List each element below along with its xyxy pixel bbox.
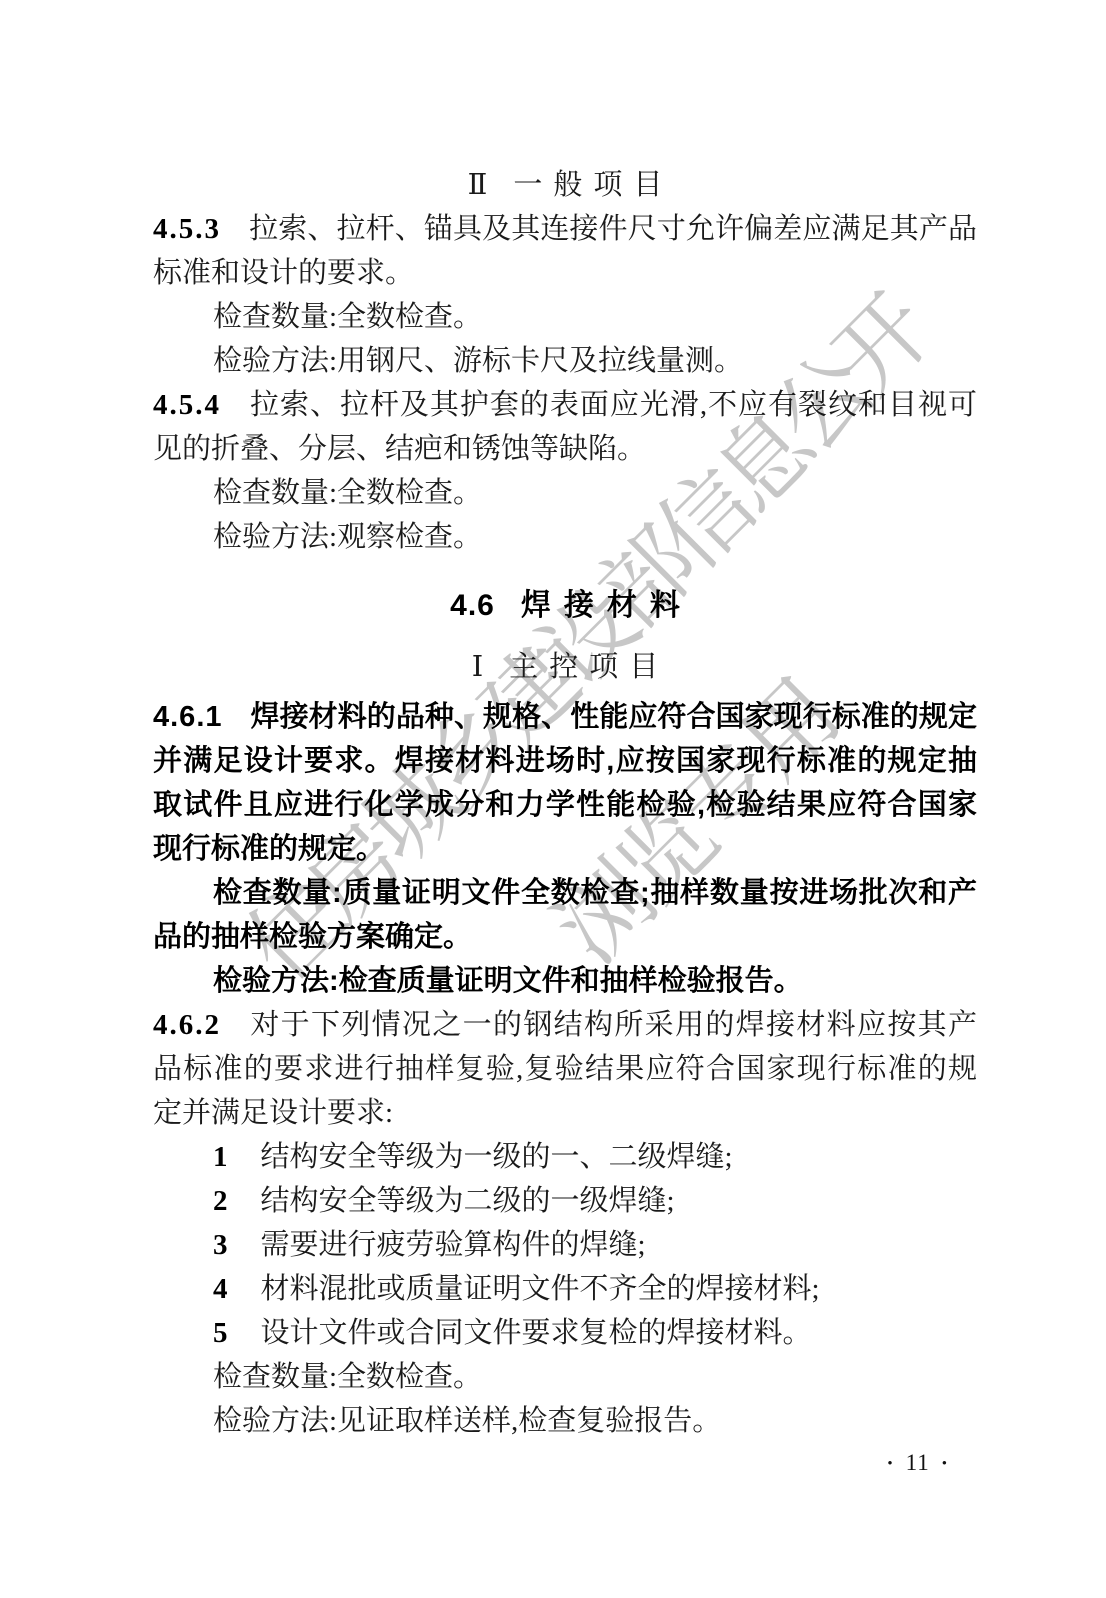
list-item-text: 结构安全等级为一级的一、二级焊缝; <box>261 1141 733 1173</box>
page-number-left-dot: • <box>887 1456 893 1472</box>
clause-4-5-4: 4.5.4拉索、拉杆及其护套的表面应光滑,不应有裂纹和目视可 见的折叠、分层、结… <box>153 383 977 471</box>
clause-number: 4.5.4 <box>153 389 221 421</box>
subsection-title-general-items: 一般项目 <box>513 169 673 201</box>
text-line: 4.5.4拉索、拉杆及其护套的表面应光滑,不应有裂纹和目视可 <box>153 383 977 427</box>
clause-number: 4.6.2 <box>153 1009 221 1041</box>
list-item: 2结构安全等级为二级的一级焊缝; <box>153 1179 977 1223</box>
page-content: Ⅱ一般项目 4.5.3拉索、拉杆、锚具及其连接件尺寸允许偏差应满足其产品 标准和… <box>153 163 977 1443</box>
clause-number: 4.5.3 <box>153 213 221 245</box>
clause-number: 4.6.1 <box>153 701 223 733</box>
clause-4-6-2-list: 1结构安全等级为一级的一、二级焊缝; 2结构安全等级为二级的一级焊缝; 3需要进… <box>153 1135 977 1355</box>
list-item: 5设计文件或合同文件要求复检的焊接材料。 <box>153 1311 977 1355</box>
clause-4-6-1: 4.6.1焊接材料的品种、规格、性能应符合国家现行标准的规定 并满足设计要求。焊… <box>153 695 977 871</box>
clause-4-6-1-check-method: 检验方法:检查质量证明文件和抽样检验报告。 <box>153 959 977 1003</box>
clause-4-5-4-check-method: 检验方法:观察检查。 <box>153 515 977 559</box>
roman-numeral-2: Ⅱ <box>468 169 488 201</box>
text-line: 取试件且应进行化学成分和力学性能检验,检验结果应符合国家 <box>153 783 977 827</box>
text-line: 品的抽样检验方案确定。 <box>153 915 977 959</box>
clause-4-5-3-check-quantity: 检查数量:全数检查。 <box>153 295 977 339</box>
text-line: 4.5.3拉索、拉杆、锚具及其连接件尺寸允许偏差应满足其产品 <box>153 207 977 251</box>
subsection-heading-general-items: Ⅱ一般项目 <box>153 163 977 207</box>
list-item-number: 1 <box>213 1141 228 1173</box>
section-title-welding-materials: 焊接材料 <box>521 589 693 622</box>
list-item: 3需要进行疲劳验算构件的焊缝; <box>153 1223 977 1267</box>
list-item: 1结构安全等级为一级的一、二级焊缝; <box>153 1135 977 1179</box>
page-number: •11• <box>887 1450 948 1476</box>
list-item-number: 4 <box>213 1273 228 1305</box>
text-line: 标准和设计的要求。 <box>153 251 977 295</box>
page-number-value: 11 <box>906 1450 930 1475</box>
list-item-text: 需要进行疲劳验算构件的焊缝; <box>261 1229 646 1261</box>
section-heading-4-6: 4.6焊接材料 <box>153 584 977 628</box>
list-item-number: 2 <box>213 1185 228 1217</box>
list-item: 4材料混批或质量证明文件不齐全的焊接材料; <box>153 1267 977 1311</box>
clause-4-6-2-check-method: 检验方法:见证取样送样,检查复验报告。 <box>153 1399 977 1443</box>
list-item-number: 5 <box>213 1317 228 1349</box>
text-line: 4.6.2对于下列情况之一的钢结构所采用的焊接材料应按其产 <box>153 1003 977 1047</box>
text-line: 4.6.1焊接材料的品种、规格、性能应符合国家现行标准的规定 <box>153 695 977 739</box>
list-item-text: 材料混批或质量证明文件不齐全的焊接材料; <box>261 1273 820 1305</box>
list-item-text: 设计文件或合同文件要求复检的焊接材料。 <box>261 1317 812 1349</box>
clause-text: 拉索、拉杆及其护套的表面应光滑,不应有裂纹和目视可 <box>249 389 977 421</box>
list-item-number: 3 <box>213 1229 228 1261</box>
clause-4-6-1-check-quantity: 检查数量:质量证明文件全数检查;抽样数量按进场批次和产 品的抽样检验方案确定。 <box>153 871 977 959</box>
clause-4-5-4-check-quantity: 检查数量:全数检查。 <box>153 471 977 515</box>
clause-4-5-3: 4.5.3拉索、拉杆、锚具及其连接件尺寸允许偏差应满足其产品 标准和设计的要求。 <box>153 207 977 295</box>
subsection-heading-main-control: Ⅰ主控项目 <box>153 645 977 689</box>
text-line: 检查数量:质量证明文件全数检查;抽样数量按进场批次和产 <box>153 871 977 915</box>
clause-4-5-3-check-method: 检验方法:用钢尺、游标卡尺及拉线量测。 <box>153 339 977 383</box>
text-line: 并满足设计要求。焊接材料进场时,应按国家现行标准的规定抽 <box>153 739 977 783</box>
clause-4-6-2: 4.6.2对于下列情况之一的钢结构所采用的焊接材料应按其产 品标准的要求进行抽样… <box>153 1003 977 1135</box>
clause-text: 对于下列情况之一的钢结构所采用的焊接材料应按其产 <box>249 1009 977 1041</box>
text-line: 见的折叠、分层、结疤和锈蚀等缺陷。 <box>153 427 977 471</box>
page-number-right-dot: • <box>942 1456 948 1472</box>
roman-numeral-1: Ⅰ <box>472 651 483 683</box>
list-item-text: 结构安全等级为二级的一级焊缝; <box>261 1185 675 1217</box>
document-page: 住房城乡建设部信息公开 浏览专用 Ⅱ一般项目 4.5.3拉索、拉杆、锚具及其连接… <box>0 0 1106 1598</box>
clause-text: 拉索、拉杆、锚具及其连接件尺寸允许偏差应满足其产品 <box>249 213 977 245</box>
clause-4-6-2-check-quantity: 检查数量:全数检查。 <box>153 1355 977 1399</box>
clause-text: 焊接材料的品种、规格、性能应符合国家现行标准的规定 <box>251 701 978 733</box>
section-number: 4.6 <box>450 589 495 622</box>
subsection-title-main-control: 主控项目 <box>509 651 669 683</box>
text-line: 现行标准的规定。 <box>153 827 977 871</box>
text-line: 定并满足设计要求: <box>153 1091 977 1135</box>
text-line: 品标准的要求进行抽样复验,复验结果应符合国家现行标准的规 <box>153 1047 977 1091</box>
